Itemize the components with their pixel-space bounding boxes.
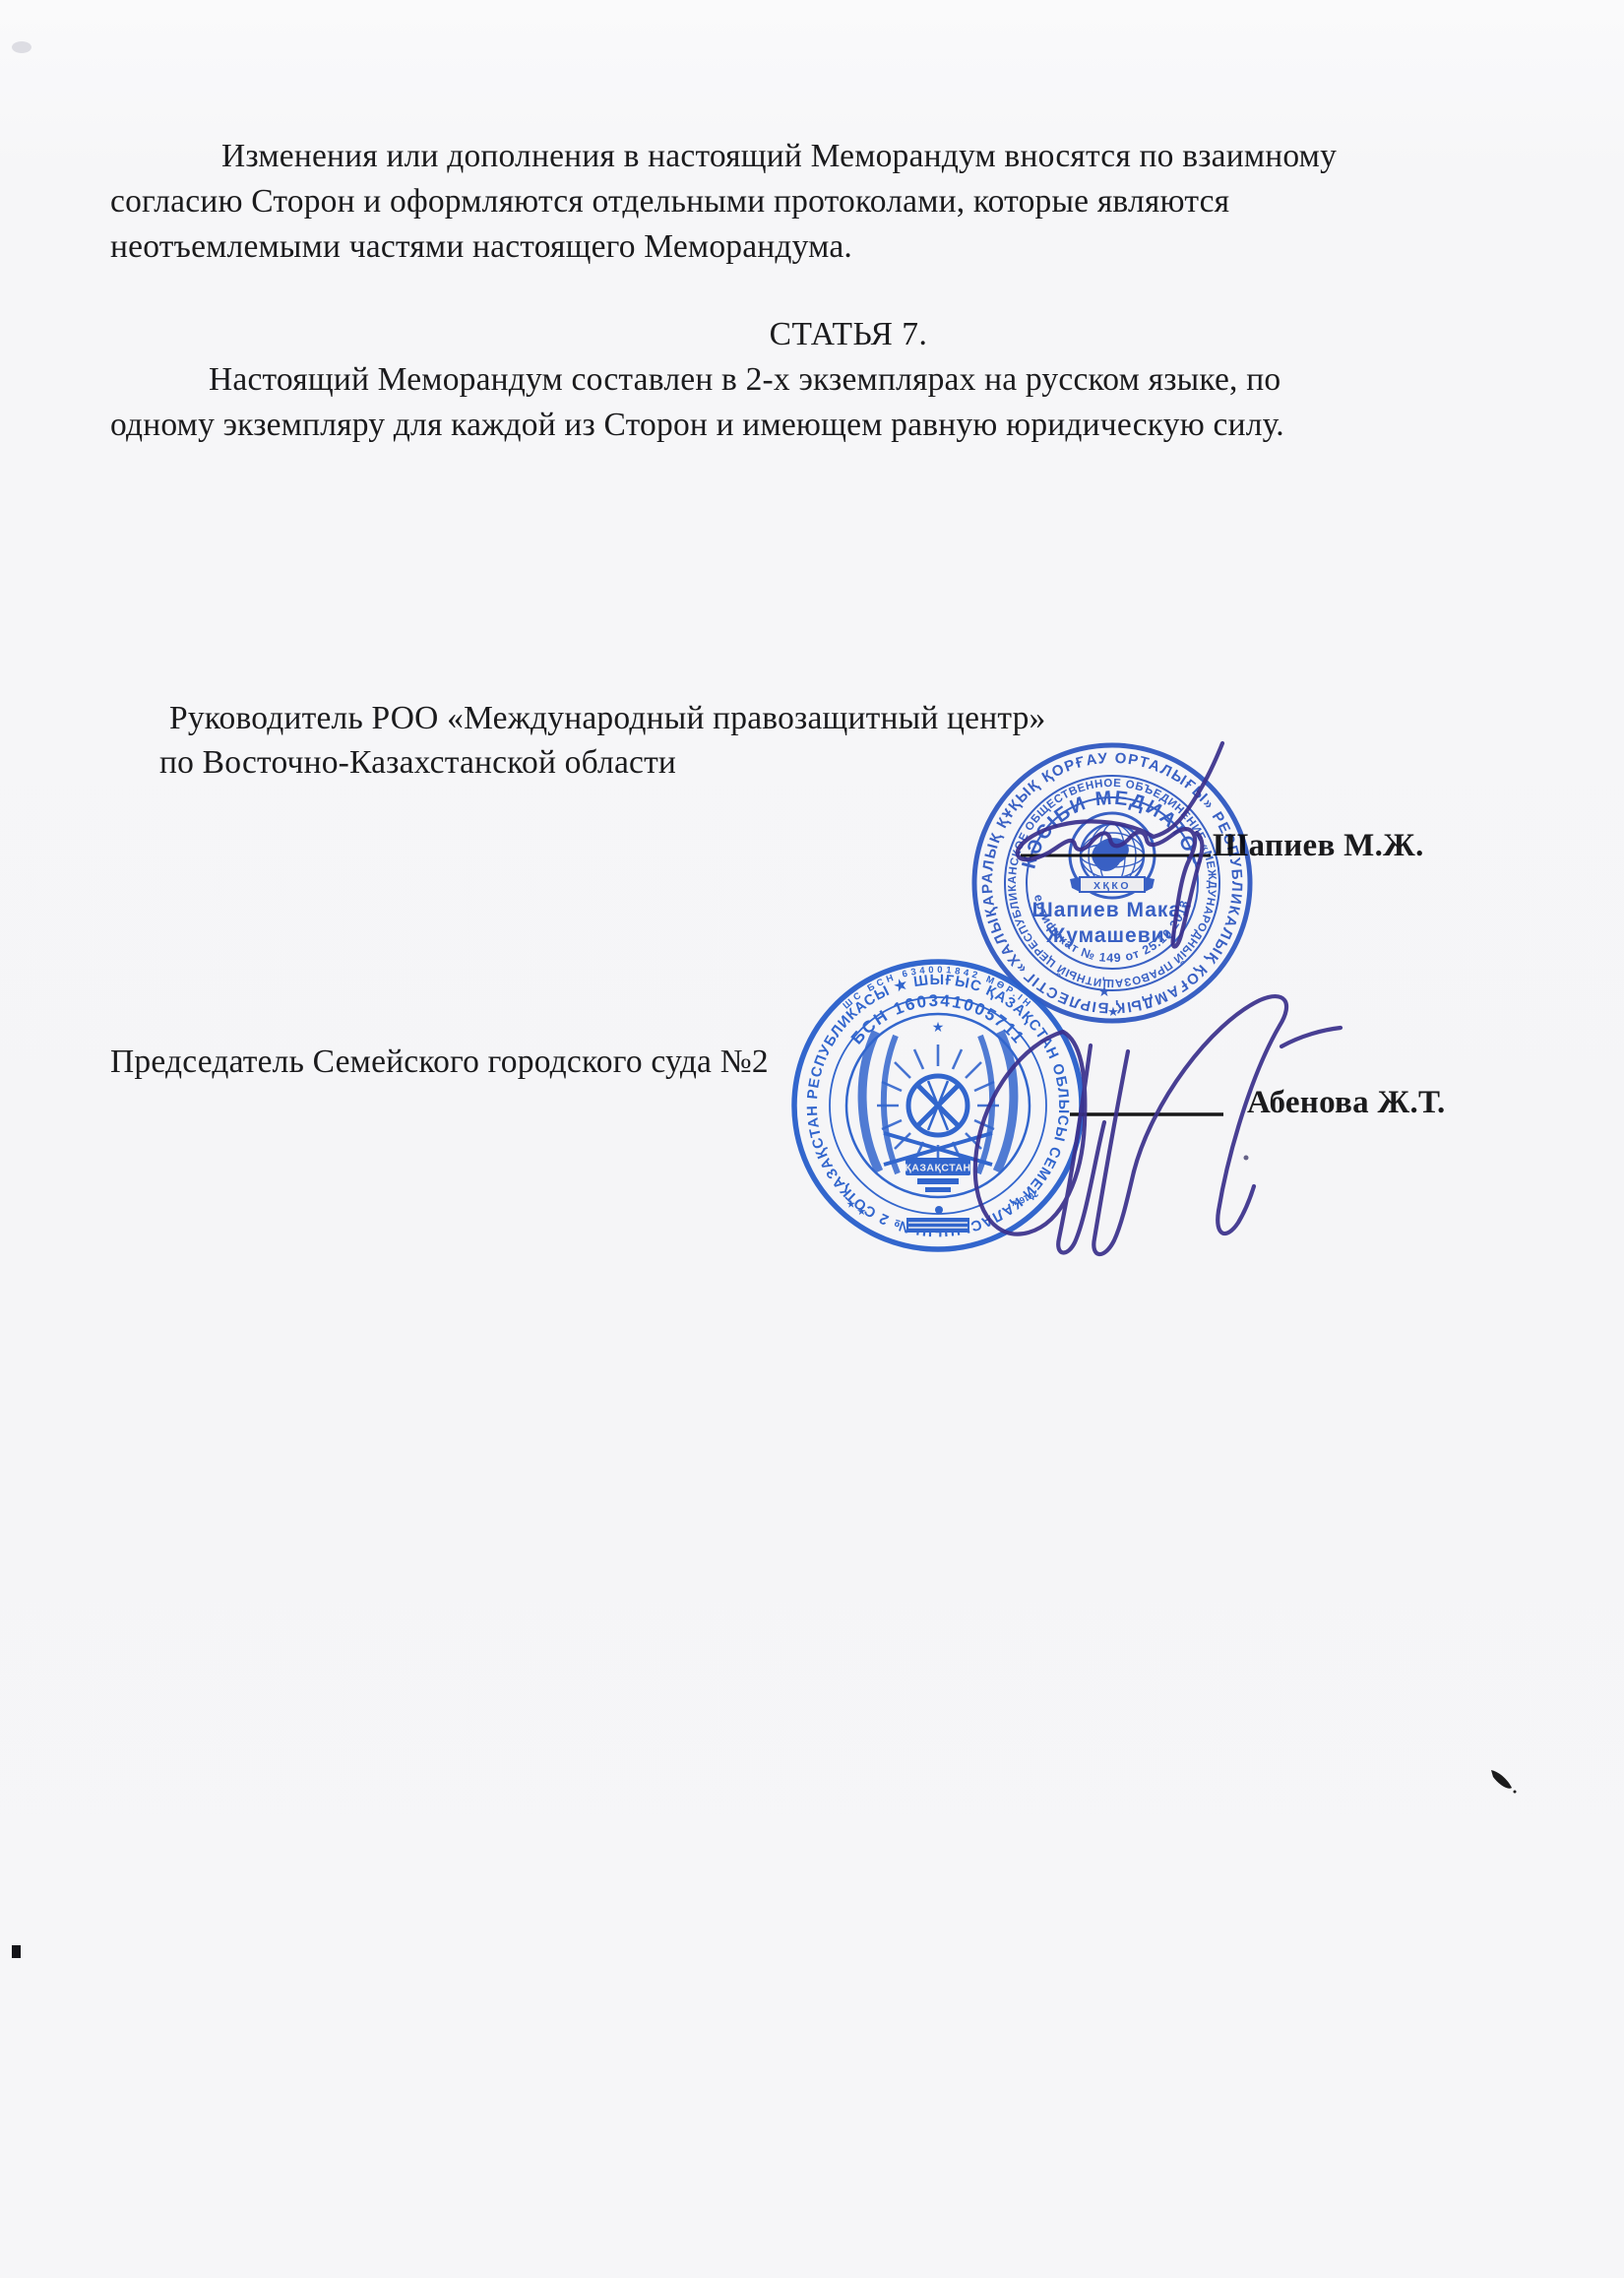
court-stamp-inner-circle [846,1014,1030,1197]
signature-abenova [975,996,1341,1254]
globe-icon: ХҚКО [1070,813,1155,898]
court-stamp-bin-text: БСН 160341005711 [847,991,1029,1048]
emblem-wings [862,1032,1014,1173]
paragraph-amendments-line3: неотъемлемыми частями настоящего Меморан… [110,224,1337,270]
emblem-lance-1 [884,1133,992,1165]
globe-banner-label: ХҚКО [1093,880,1131,892]
scan-smudge-top-left [12,41,31,53]
ink-speck [1491,1770,1512,1789]
emblem-uyk-1 [917,1085,959,1126]
signatory2-title: Председатель Семейского городского суда … [110,1040,769,1085]
emblem-lance-2 [884,1133,992,1165]
star-icon: ★ ★ [843,1196,869,1219]
emblem-banner-label: ҚАЗАҚСТАН [905,1163,970,1174]
signature-shapiev [1018,743,1222,947]
globe-parallel-1 [1081,844,1144,867]
paragraph-amendments-line2: согласию Сторон и оформляются отдельными… [110,179,1337,224]
globe-banner [1080,877,1145,892]
paragraph-copies-line1: Настоящий Меморандум составлен в 2-х экз… [110,357,1284,403]
court-stamp-hatched-block [906,1218,969,1233]
globe-banner-right-tail [1145,877,1155,892]
globe-meridian-2 [1089,824,1136,887]
mediator-stamp-name-line2: Жумашевич [1045,924,1178,947]
court-stamp-outer-circle [794,962,1082,1249]
signatory1-name: Шапиев М.Ж. [1213,828,1424,864]
signatory2-name: Абенова Ж.Т. [1247,1085,1446,1121]
globe-sphere [1081,824,1144,887]
paragraph-copies: Настоящий Меморандум составлен в 2-х экз… [110,357,1284,448]
star-icon: ★ [1107,1004,1119,1019]
emblem-uyk-2 [917,1085,959,1126]
emblem-dot [935,1206,943,1214]
mediator-stamp-outer-circle [974,745,1250,1021]
paragraph-amendments-line1: Изменения или дополнения в настоящий Мем… [110,134,1337,179]
star-icon: ★ [1097,983,1110,1000]
court-stamp-mid-circle [830,997,1046,1214]
kazakhstan-emblem-icon: ★ [862,1019,1014,1233]
paragraph-amendments: Изменения или дополнения в настоящий Мем… [110,134,1337,270]
document-page: Изменения или дополнения в настоящий Мем… [0,0,1624,2278]
ink-speck-dot [1514,1791,1517,1794]
edge-mark [12,1945,21,1958]
emblem-sun-rays [877,1044,999,1167]
mediator-stamp-role-text: КӘСІБИ МЕДИАТОР [1018,788,1206,871]
small-dot [1244,1156,1249,1161]
signatory1-title-line1: Руководитель РОО «Международный правозащ… [169,696,1046,741]
signatory1-title-line2: по Восточно-Казахстанской области [159,740,676,786]
emblem-star-icon: ★ [932,1019,945,1035]
globe-meridian-1 [1099,824,1125,887]
emblem-shanyrak [908,1076,968,1135]
court-stamp-rim-text: ШС БСН 634001842 МӨР.ІН [842,965,1035,1011]
globe-continent [1092,838,1129,871]
article-7-heading: СТАТЬЯ 7. [110,312,1587,357]
globe-parallel-2 [1081,833,1144,878]
court-stamp-year-text: 2016 ж [1009,1188,1039,1210]
globe-banner-left-tail [1070,877,1080,892]
emblem-base-bar-2 [925,1187,951,1192]
emblem-uyk-4 [928,1081,948,1130]
emblem-uyk-3 [928,1081,948,1130]
mediator-stamp-inner-circle [1027,797,1198,969]
emblem-banner [906,1158,970,1175]
emblem-base-bar-1 [917,1178,959,1184]
mediator-stamp-name-line1: Шапиев Макат [1032,899,1193,921]
globe-ring [1070,813,1155,898]
mediator-stamp-mid-circle [1005,776,1219,990]
paragraph-copies-line2: одному экземпляру для каждой из Сторон и… [110,403,1284,448]
